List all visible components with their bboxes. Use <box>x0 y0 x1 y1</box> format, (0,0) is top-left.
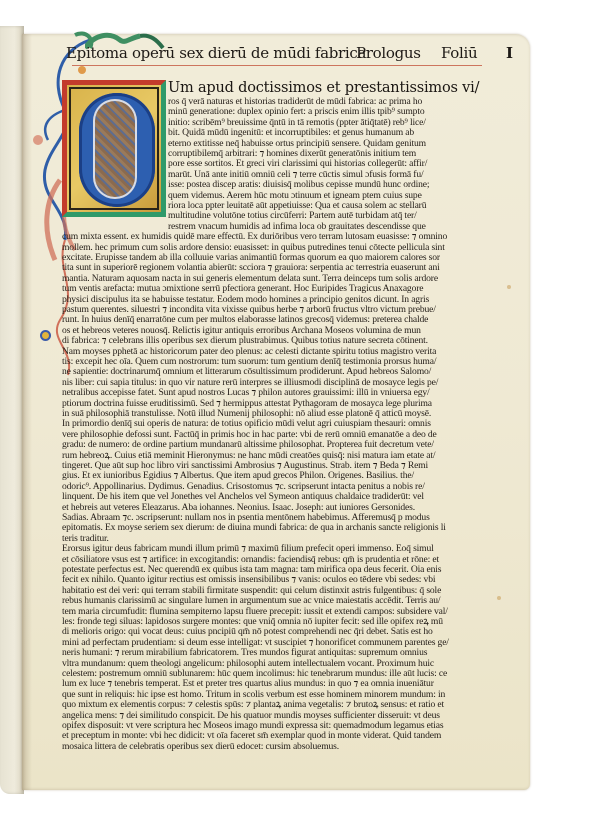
text-line: di fabrica: ⁊ celebrans illis operibus s… <box>62 336 526 346</box>
running-head-rule <box>72 65 482 66</box>
text-line: minū generatione: duplex opinio fert: a … <box>168 107 526 117</box>
text-line: isse: postea discep aratis: diuisisq̄ mo… <box>168 180 526 190</box>
text-line: initio: scribēm⁹ breuissime q̄ntū in tā … <box>168 118 526 128</box>
marginal-flower-icon <box>42 332 49 339</box>
text-line: mollem. hec primum cum solis ardore dens… <box>62 243 526 253</box>
text-line: que sunt in reliquis: hic ipse est homo.… <box>62 690 526 700</box>
text-line: lum ex luce ⁊ tenebris temperat. Est et … <box>62 679 526 689</box>
text-line: cum mixta essent. ex humidis quidē mare … <box>62 232 526 242</box>
text-line: multitudine volutōne totius circūferri: … <box>168 211 526 221</box>
text-line: tem maria circumfudit: flumina sempitern… <box>62 607 526 617</box>
text-line: mini ad perfectam prudentiam: si deum es… <box>62 638 526 648</box>
text-line: odoric⁹. Appollinarius. Dydimus. Genadiu… <box>62 482 526 492</box>
running-head-title: Epitoma operū sex dierū de mūdi fabrica <box>66 44 366 62</box>
text-line: netralibus accepisse fatet. Sunt apud no… <box>62 388 526 398</box>
text-line: vltra mundanum: quem theologi angelicum:… <box>62 659 526 669</box>
text-line: ptiorum doctrina fuisse eruditissimū. Se… <box>62 399 526 409</box>
illuminated-initial: C <box>62 80 166 217</box>
text-line: tis: excepit hec oīa. Quem cum nostrorum… <box>62 357 526 367</box>
text-line: opifex disposuit: vt vere scriptura hec … <box>62 721 526 731</box>
text-line: eterno extitisse neq̄ habuisse ortus pri… <box>168 139 526 149</box>
text-line: fecit ex nihilo. Quanto igitur rectius e… <box>62 575 526 585</box>
text-line: bit. Quidā mūdū ingenitū: et incorruptib… <box>168 128 526 138</box>
text-line: quo mixtum ex elementis corpus: ⁊ celest… <box>62 700 526 710</box>
text-line: tum ventis arefacta: mutua ɔmixtione ser… <box>62 284 526 294</box>
text-line: rum hebreoꝝ. Cuius etiā meminit Hieronym… <box>62 451 526 461</box>
text-line: gradu: de numero: de ordine partium mund… <box>62 440 526 450</box>
text-line: ros q̄ verā naturas et historias tradide… <box>168 97 526 107</box>
text-line: pastum querentes. siluestri ⁊ incondita … <box>62 305 526 315</box>
text-line: Sadias. Abraam ⁊c. ɔscripserunt: nullam … <box>62 513 526 523</box>
text-line: epitomatis. Ex moyse seriem sex dierum: … <box>62 523 526 533</box>
text-line: et preceptum in monte: vbi hec didicit: … <box>62 731 526 741</box>
folio-label: Foliū <box>441 44 477 62</box>
folio-number: I <box>506 44 513 62</box>
text-line: pore esse sortitos. Et greci viri claris… <box>168 159 526 169</box>
text-line: tingeret. Que aūt sup hoc libro viri san… <box>62 461 526 471</box>
text-line: vere philosophie defossi sunt. Factūq̄ i… <box>62 430 526 440</box>
text-line: nis liber: cui sapia titulus: in quo vir… <box>62 378 526 388</box>
text-line: physici discipulus ita se habuisse testa… <box>62 295 526 305</box>
text-line: habitatio est dei veri: qui terram stabi… <box>62 586 526 596</box>
text-line: quem videmus. Aerem hūc motu ɔtinuum et … <box>168 191 526 201</box>
text-line: gius. Et ex iunioribus Egidius ⁊ Albertu… <box>62 471 526 481</box>
text-line: restrem vnacum humidis ad infima loca ob… <box>168 222 526 232</box>
text-line: tita sunt in superiorē regionem volantia… <box>62 263 526 273</box>
text-line: marūt. Unā ante initiū omniū celi ⁊ terr… <box>168 170 526 180</box>
opening-line: Um apud doctissimos et prestantissimos v… <box>168 80 528 96</box>
text-line: rebus humanis clarissimū ac singulare lu… <box>62 596 526 606</box>
text-line: mantia. Naturam aquosam nacta in sui gen… <box>62 274 526 284</box>
text-line: neris humani: ⁊ rerum mirabilium fabrica… <box>62 648 526 658</box>
text-line: linquent. De his item que vel Jonethes v… <box>62 492 526 502</box>
text-line: et hebreis aut veteres Eleazarus. Aba io… <box>62 503 526 513</box>
running-head: Epitoma operū sex dierū de mūdi fabrica … <box>66 44 526 66</box>
text-line: riora loca ppter leuitatē aūt appetiuiss… <box>168 201 526 211</box>
text-line: Nam moyses pphetā ac historicorum pater … <box>62 347 526 357</box>
initial-letter-glyph: C <box>67 107 159 185</box>
text-line: teris traditur. <box>62 534 526 544</box>
text-line: Erorsus igitur deus fabricam mundi illum… <box>62 544 526 554</box>
text-line: mosaica littera de celebratis operibus s… <box>62 742 526 752</box>
text-line: In primordio denīq̄ sui operis de natura… <box>62 419 526 429</box>
text-line: runt. In huius denīq̄ enarratōne cum per… <box>62 315 526 325</box>
text-line: corruptibilemq̄ arbitrari: ⁊ homines dix… <box>168 149 526 159</box>
text-line: excitate. Erupisse tandem ab illa colluu… <box>62 253 526 263</box>
text-line: et cōsiliatore vsus est ⁊ artifice: in e… <box>62 555 526 565</box>
text-line: ne sapientie: doctrinarumq̄ omnium et li… <box>62 367 526 377</box>
text-line: les: fronde tegi siluas: lapidosos surge… <box>62 617 526 627</box>
text-line: potestate perfectus est. Nec querendū ex… <box>62 565 526 575</box>
text-line: di melioris origo: qui vocat deus: cuius… <box>62 627 526 637</box>
text-line: in suā philosophiā transtulisse. Notū il… <box>62 409 526 419</box>
running-head-section: Prologus <box>356 44 421 62</box>
text-line: angelica mens: ⁊ dei similitudo conspici… <box>62 711 526 721</box>
text-line: os et hebreos veteres nouosq̄. Relictis … <box>62 326 526 336</box>
text-line: celestem: postremum omniū sublunarem: hū… <box>62 669 526 679</box>
